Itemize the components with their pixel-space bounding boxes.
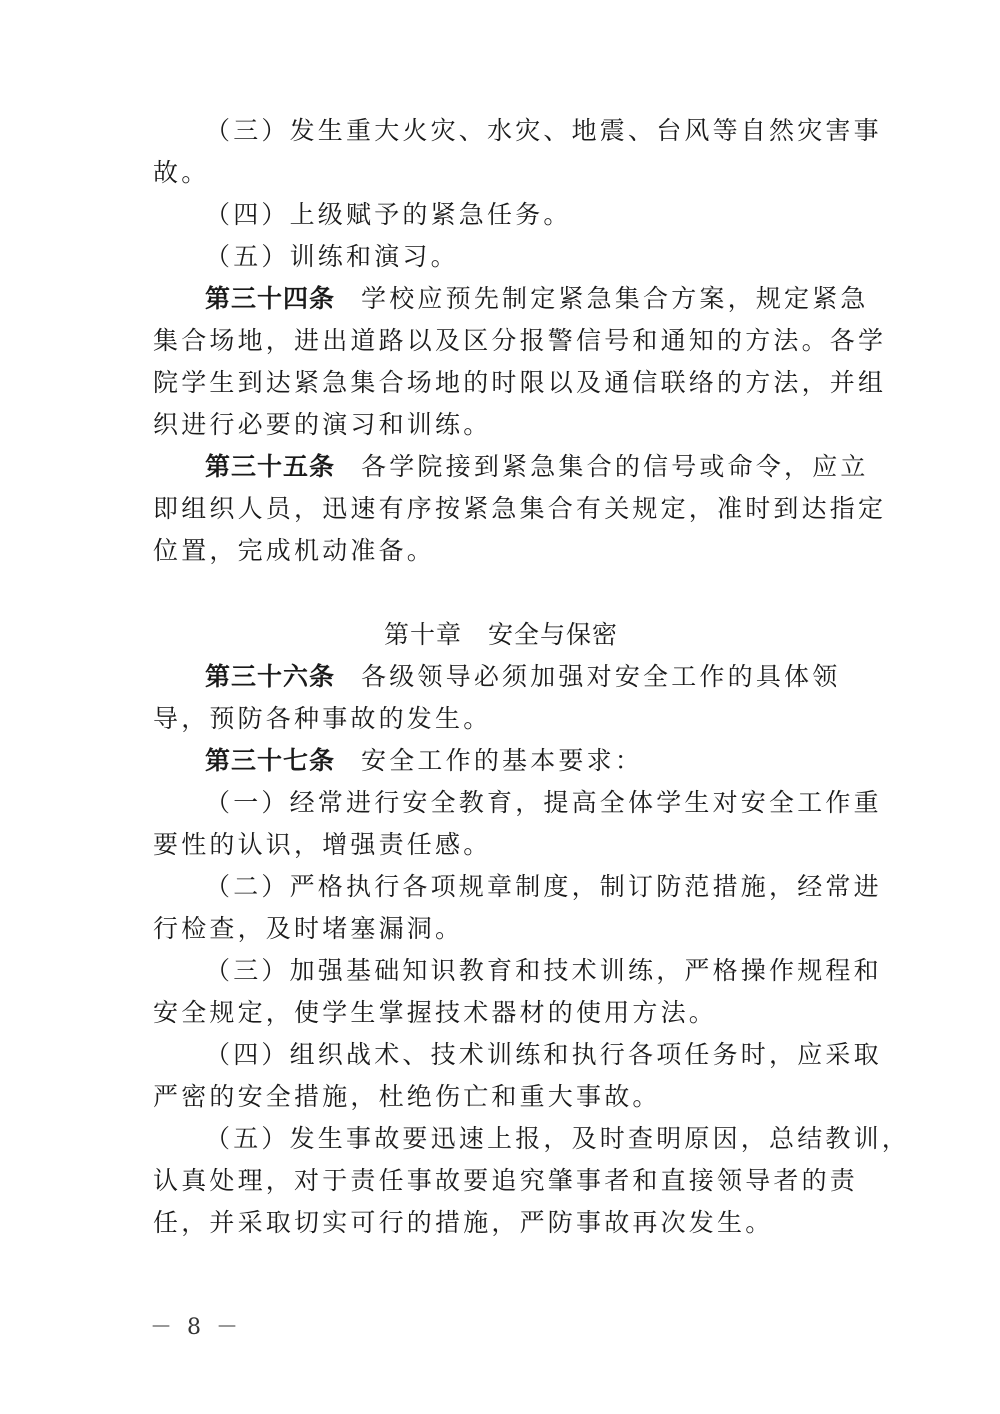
text-line: 导，预防各种事故的发生。	[153, 698, 849, 740]
article-text: 学校应预先制定紧急集合方案，规定紧急	[361, 284, 869, 313]
chapter-heading: 第十章 安全与保密	[153, 614, 849, 656]
text-line: 认真处理，对于责任事故要追究肇事者和直接领导者的责	[153, 1160, 849, 1202]
text-line: 严密的安全措施，杜绝伤亡和重大事故。	[153, 1076, 849, 1118]
article-title: 第三十七条	[205, 746, 335, 775]
article-text: 各学院接到紧急集合的信号或命令，应立	[361, 452, 869, 481]
text-line: 要性的认识，增强责任感。	[153, 824, 849, 866]
article-title: 第三十四条	[205, 284, 335, 313]
article-text: 各级领导必须加强对安全工作的具体领	[361, 662, 840, 691]
article-37: 第三十七条安全工作的基本要求：	[153, 740, 849, 782]
text-line: 织进行必要的演习和训练。	[153, 404, 849, 446]
text-line: （三）加强基础知识教育和技术训练，严格操作规程和	[153, 950, 849, 992]
article-36: 第三十六条各级领导必须加强对安全工作的具体领	[153, 656, 849, 698]
text-line: （五）训练和演习。	[153, 236, 849, 278]
article-title: 第三十六条	[205, 662, 335, 691]
text-line: （四）组织战术、技术训练和执行各项任务时，应采取	[153, 1034, 849, 1076]
text-line: 院学生到达紧急集合场地的时限以及通信联络的方法，并组	[153, 362, 849, 404]
document-page: （三）发生重大火灾、水灾、地震、台风等自然灾害事 故。 （四）上级赋予的紧急任务…	[153, 110, 849, 1244]
section-spacer	[153, 572, 849, 614]
text-line: 位置，完成机动准备。	[153, 530, 849, 572]
article-text: 安全工作的基本要求：	[361, 746, 643, 775]
page-number: － 8 －	[150, 1310, 242, 1341]
text-line: 集合场地，进出道路以及区分报警信号和通知的方法。各学	[153, 320, 849, 362]
text-line: （五）发生事故要迅速上报，及时查明原因，总结教训，	[153, 1118, 849, 1160]
article-title: 第三十五条	[205, 452, 335, 481]
text-line: 故。	[153, 152, 849, 194]
text-line: （一）经常进行安全教育，提高全体学生对安全工作重	[153, 782, 849, 824]
text-line: （二）严格执行各项规章制度，制订防范措施，经常进	[153, 866, 849, 908]
text-line: 即组织人员，迅速有序按紧急集合有关规定，准时到达指定	[153, 488, 849, 530]
article-35: 第三十五条各学院接到紧急集合的信号或命令，应立	[153, 446, 849, 488]
text-line: 行检查，及时堵塞漏洞。	[153, 908, 849, 950]
text-line: （三）发生重大火灾、水灾、地震、台风等自然灾害事	[153, 110, 849, 152]
article-34: 第三十四条学校应预先制定紧急集合方案，规定紧急	[153, 278, 849, 320]
text-line: 任，并采取切实可行的措施，严防事故再次发生。	[153, 1202, 849, 1244]
text-line: （四）上级赋予的紧急任务。	[153, 194, 849, 236]
text-line: 安全规定，使学生掌握技术器材的使用方法。	[153, 992, 849, 1034]
